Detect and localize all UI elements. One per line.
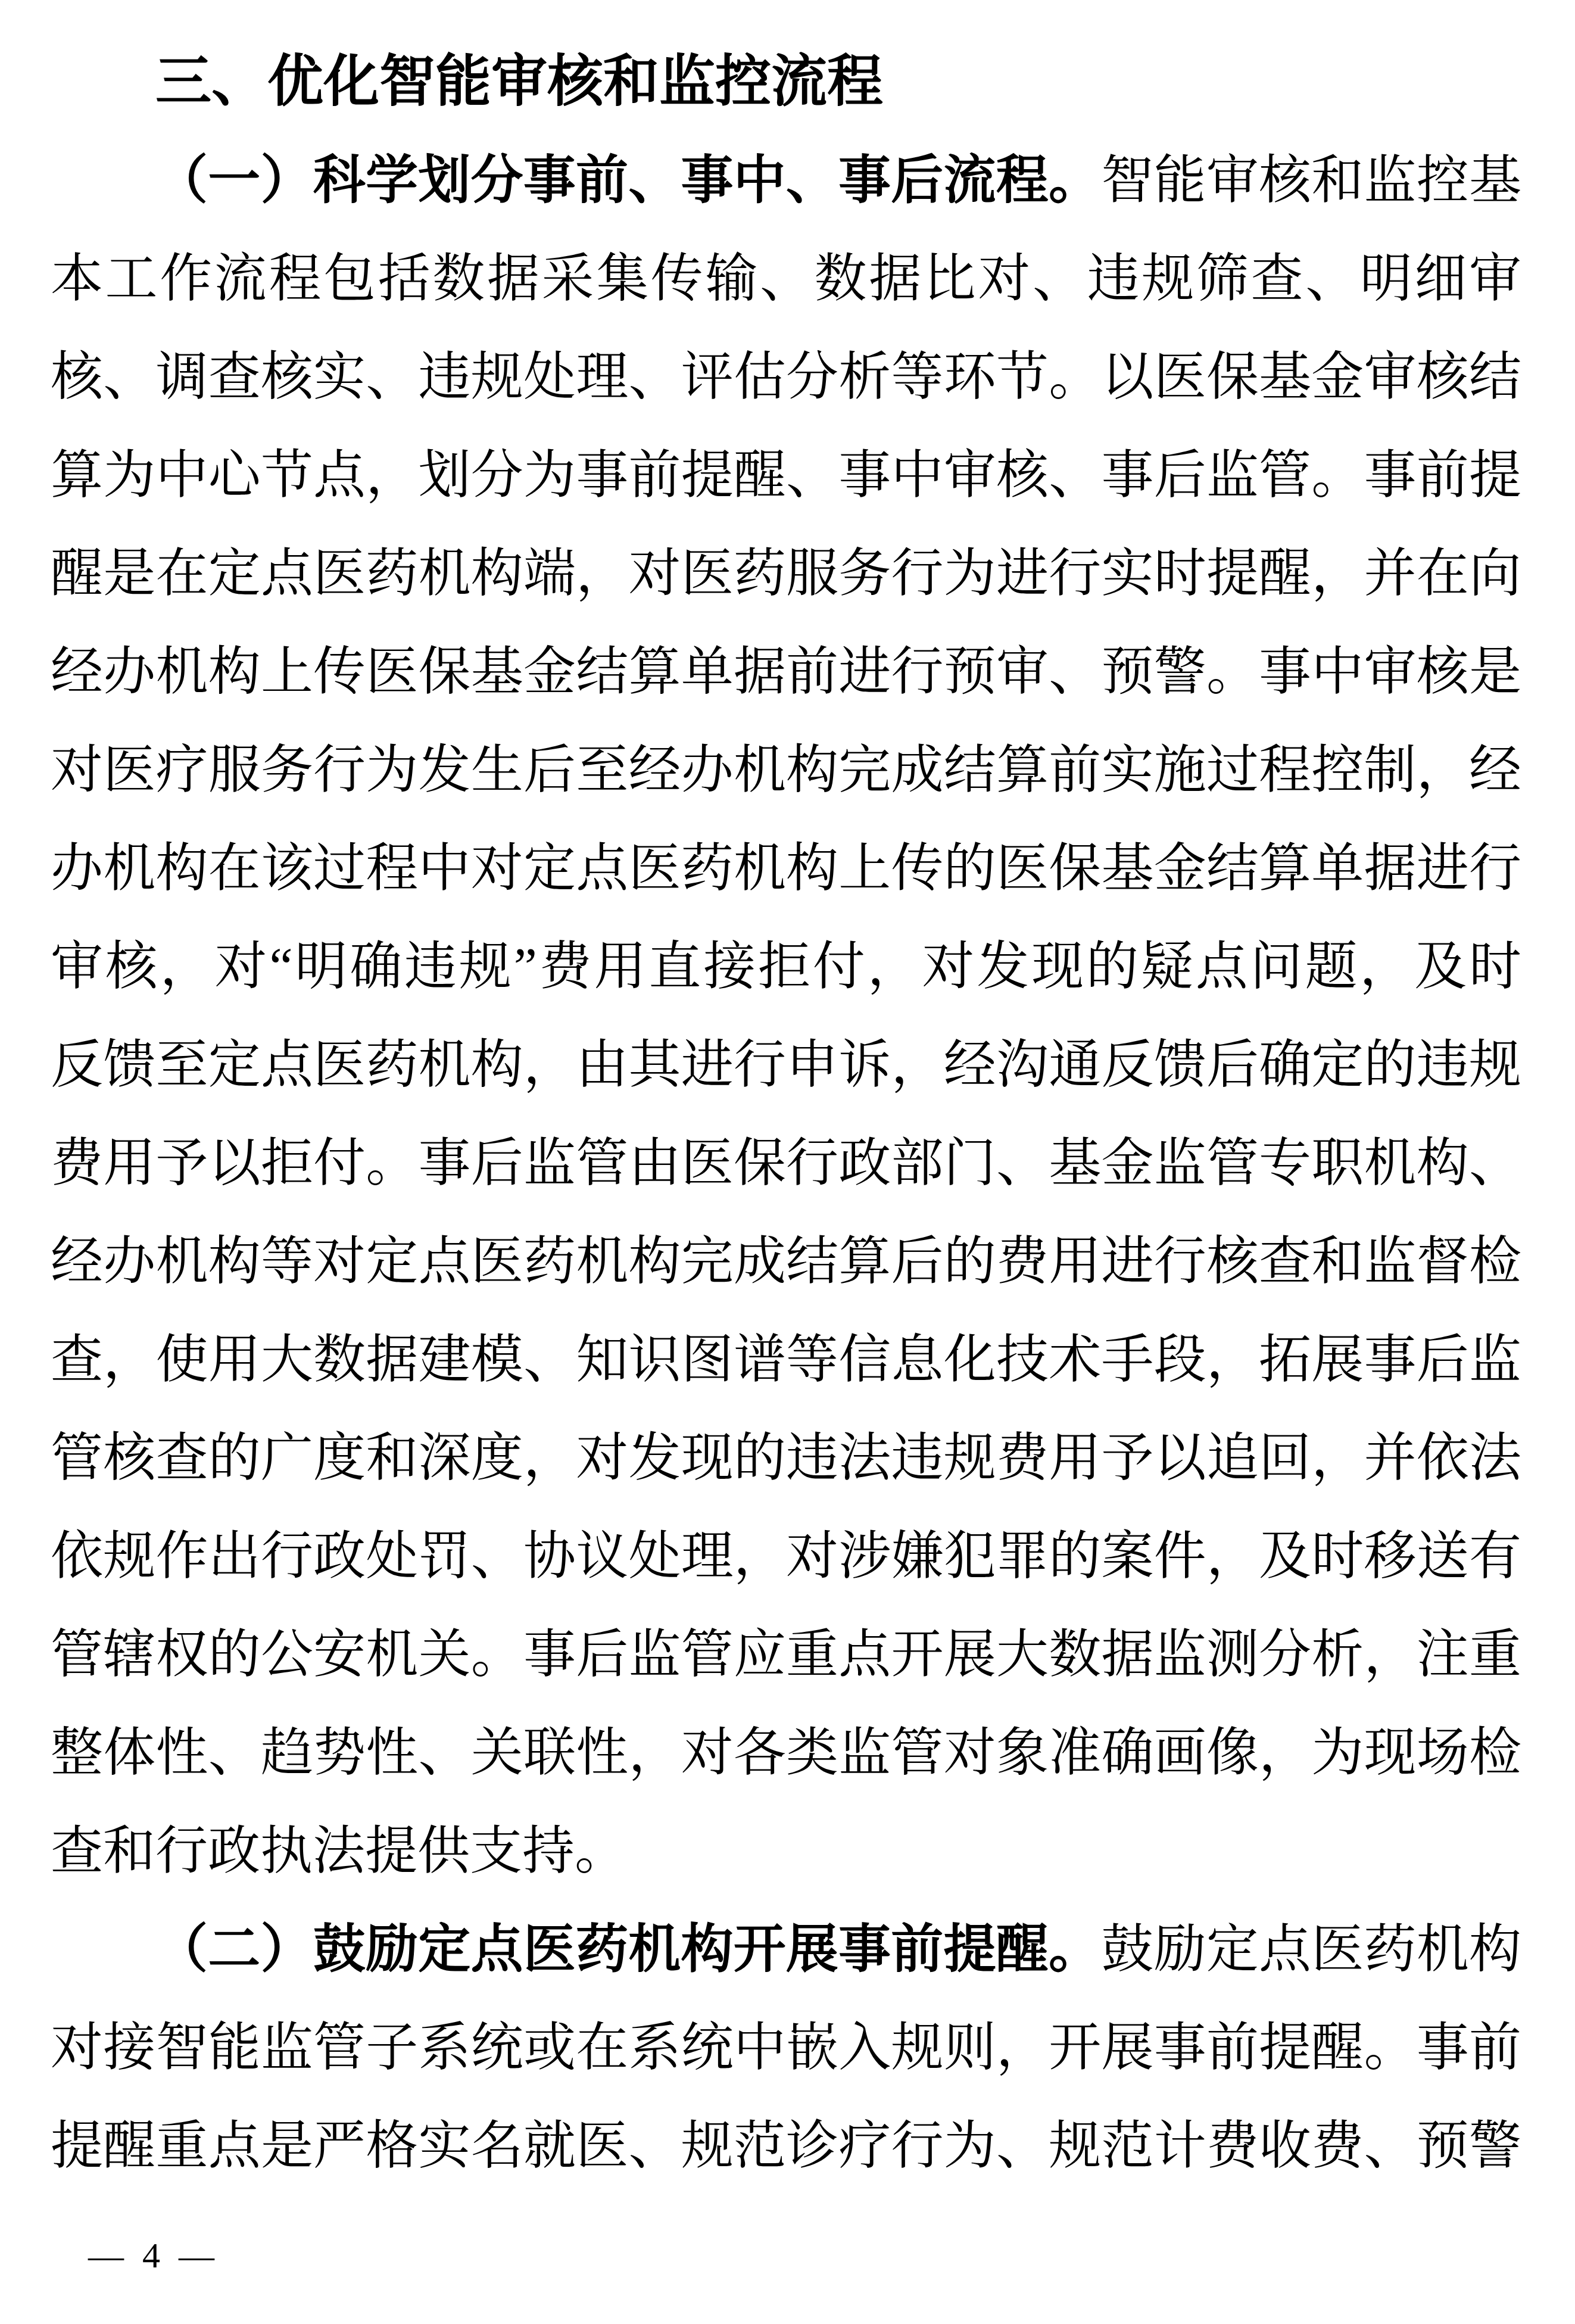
text-line: 经办机构上传医保基金结算单据前进行预审、预警。事中审核是 bbox=[51, 623, 1521, 721]
text-line: 管核查的广度和深度，对发现的违法违规费用予以追回，并依法 bbox=[51, 1409, 1521, 1507]
text-segment: 鼓励定点医药机构 bbox=[1101, 1921, 1521, 1979]
text-segment: 算为中心节点，划分为事前提醒、事中审核、事后监管。事前提 bbox=[51, 447, 1521, 504]
text-line: 查，使用大数据建模、知识图谱等信息化技术手段，拓展事后监 bbox=[51, 1311, 1521, 1409]
text-line: 对接智能监管子系统或在系统中嵌入规则，开展事前提醒。事前 bbox=[51, 1999, 1521, 2097]
bold-text-segment: （二）鼓励定点医药机构开展事前提醒。 bbox=[155, 1921, 1101, 1979]
text-line: 经办机构等对定点医药机构完成结算后的费用进行核查和监督检 bbox=[51, 1213, 1521, 1311]
text-line: 本工作流程包括数据采集传输、数据比对、违规筛查、明细审 bbox=[51, 230, 1521, 328]
text-line: 提醒重点是严格实名就医、规范诊疗行为、规范计费收费、预警 bbox=[51, 2097, 1521, 2195]
text-segment: 办机构在该过程中对定点医药机构上传的医保基金结算单据进行 bbox=[51, 840, 1521, 898]
bold-text-segment: （一）科学划分事前、事中、事后流程。 bbox=[155, 152, 1101, 210]
page-number: — 4 — bbox=[88, 2229, 219, 2282]
text-segment: 查和行政执法提供支持。 bbox=[51, 1823, 627, 1880]
text-segment: 经办机构上传医保基金结算单据前进行预审、预警。事中审核是 bbox=[51, 643, 1521, 701]
text-segment: 查，使用大数据建模、知识图谱等信息化技术手段，拓展事后监 bbox=[51, 1331, 1521, 1389]
text-segment: 整体性、趋势性、关联性，对各类监管对象准确画像，为现场检 bbox=[51, 1724, 1521, 1782]
text-line: （二）鼓励定点医药机构开展事前提醒。鼓励定点医药机构 bbox=[51, 1901, 1521, 1999]
document-body: 三、优化智能审核和监控流程（一）科学划分事前、事中、事后流程。智能审核和监控基本… bbox=[51, 33, 1521, 2195]
text-segment: 提醒重点是严格实名就医、规范诊疗行为、规范计费收费、预警 bbox=[51, 2117, 1521, 2175]
text-line: （一）科学划分事前、事中、事后流程。智能审核和监控基 bbox=[51, 132, 1521, 230]
text-segment: 经办机构等对定点医药机构完成结算后的费用进行核查和监督检 bbox=[51, 1233, 1521, 1291]
text-segment: 醒是在定点医药机构端，对医药服务行为进行实时提醒，并在向 bbox=[51, 545, 1521, 603]
text-line: 反馈至定点医药机构，由其进行申诉，经沟通反馈后确定的违规 bbox=[51, 1016, 1521, 1114]
text-segment: 对医疗服务行为发生后至经办机构完成结算前实施过程控制，经 bbox=[51, 742, 1521, 799]
text-line: 审核，对“明确违规”费用直接拒付，对发现的疑点问题，及时 bbox=[51, 918, 1521, 1016]
text-line: 对医疗服务行为发生后至经办机构完成结算前实施过程控制，经 bbox=[51, 721, 1521, 820]
text-segment: 智能审核和监控基 bbox=[1101, 152, 1521, 210]
text-line: 整体性、趋势性、关联性，对各类监管对象准确画像，为现场检 bbox=[51, 1704, 1521, 1802]
text-segment: 依规作出行政处罚、协议处理，对涉嫌犯罪的案件，及时移送有 bbox=[51, 1528, 1521, 1585]
text-segment: 本工作流程包括数据采集传输、数据比对、违规筛查、明细审 bbox=[51, 250, 1521, 308]
section-heading: 三、优化智能审核和监控流程 bbox=[51, 33, 1521, 132]
text-segment: 核、调查核实、违规处理、评估分析等环节。以医保基金审核结 bbox=[51, 348, 1521, 406]
text-line: 依规作出行政处罚、协议处理，对涉嫌犯罪的案件，及时移送有 bbox=[51, 1507, 1521, 1606]
document-page: 三、优化智能审核和监控流程（一）科学划分事前、事中、事后流程。智能审核和监控基本… bbox=[0, 0, 1575, 2324]
text-segment: 审核，对“明确违规”费用直接拒付，对发现的疑点问题，及时 bbox=[51, 938, 1521, 996]
text-line: 查和行政执法提供支持。 bbox=[51, 1802, 1521, 1901]
text-line: 管辖权的公安机关。事后监管应重点开展大数据监测分析，注重 bbox=[51, 1606, 1521, 1704]
text-segment: 费用予以拒付。事后监管由医保行政部门、基金监管专职机构、 bbox=[51, 1135, 1521, 1192]
text-segment: 管辖权的公安机关。事后监管应重点开展大数据监测分析，注重 bbox=[51, 1626, 1521, 1684]
text-line: 算为中心节点，划分为事前提醒、事中审核、事后监管。事前提 bbox=[51, 426, 1521, 525]
text-segment: 对接智能监管子系统或在系统中嵌入规则，开展事前提醒。事前 bbox=[51, 2019, 1521, 2077]
text-line: 核、调查核实、违规处理、评估分析等环节。以医保基金审核结 bbox=[51, 328, 1521, 426]
text-segment: 反馈至定点医药机构，由其进行申诉，经沟通反馈后确定的违规 bbox=[51, 1036, 1521, 1094]
text-line: 费用予以拒付。事后监管由医保行政部门、基金监管专职机构、 bbox=[51, 1114, 1521, 1213]
text-line: 办机构在该过程中对定点医药机构上传的医保基金结算单据进行 bbox=[51, 820, 1521, 918]
text-line: 醒是在定点医药机构端，对医药服务行为进行实时提醒，并在向 bbox=[51, 525, 1521, 623]
text-segment: 管核查的广度和深度，对发现的违法违规费用予以追回，并依法 bbox=[51, 1429, 1521, 1487]
bold-text-segment: 三、优化智能审核和监控流程 bbox=[155, 51, 883, 113]
